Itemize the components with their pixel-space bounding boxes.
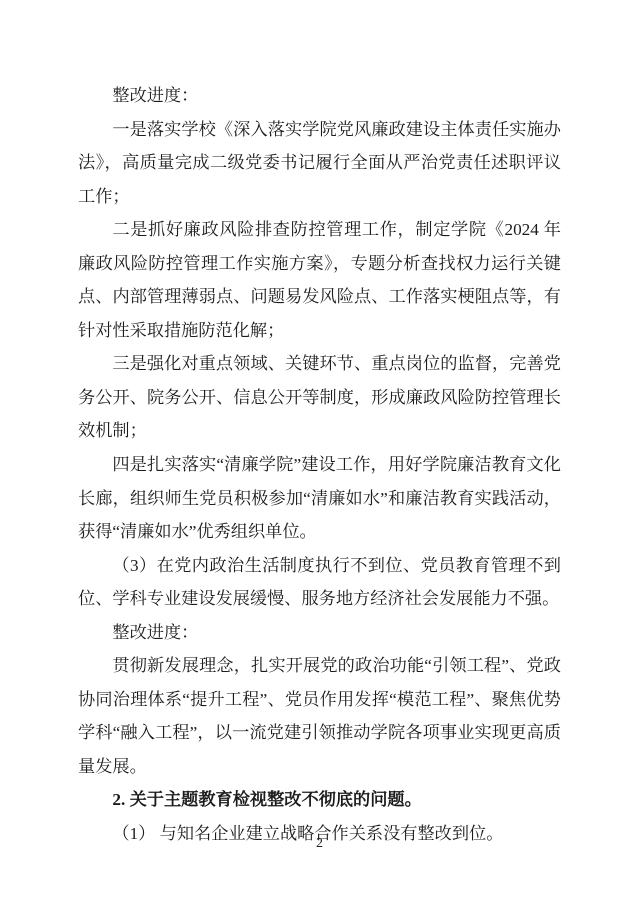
paragraph-rectification-progress-label-1: 整改进度： <box>78 79 561 113</box>
paragraph-rectification-progress-label-2: 整改进度： <box>78 616 561 650</box>
page-number: 2 <box>0 834 639 854</box>
paragraph-measure-two: 二是抓好廉政风险排查防控管理工作，制定学院《2024 年廉政风险防控管理工作实施… <box>78 213 561 347</box>
document-page: 整改进度： 一是落实学校《深入落实学院党风廉政建设主体责任实施办法》，高质量完成… <box>0 0 639 905</box>
paragraph-measure-four: 四是扎实落实“清廉学院”建设工作，用好学院廉洁教育文化长廊，组织师生党员积极参加… <box>78 448 561 549</box>
paragraph-issue-three: （3）在党内政治生活制度执行不到位、党员教育管理不到位、学科专业建设发展缓慢、服… <box>78 549 561 616</box>
paragraph-measure-three: 三是强化对重点领域、关键环节、重点岗位的监督，完善党务公开、院务公开、信息公开等… <box>78 347 561 448</box>
document-body: 整改进度： 一是落实学校《深入落实学院党风廉政建设主体责任实施办法》，高质量完成… <box>78 79 561 851</box>
heading-issue-two: 2. 关于主题教育检视整改不彻底的问题。 <box>78 783 561 817</box>
paragraph-measure-one: 一是落实学校《深入落实学院党风廉政建设主体责任实施办法》，高质量完成二级党委书记… <box>78 113 561 214</box>
paragraph-rectification-detail: 贯彻新发展理念，扎实开展党的政治功能“引领工程”、党政协同治理体系“提升工程”、… <box>78 649 561 783</box>
